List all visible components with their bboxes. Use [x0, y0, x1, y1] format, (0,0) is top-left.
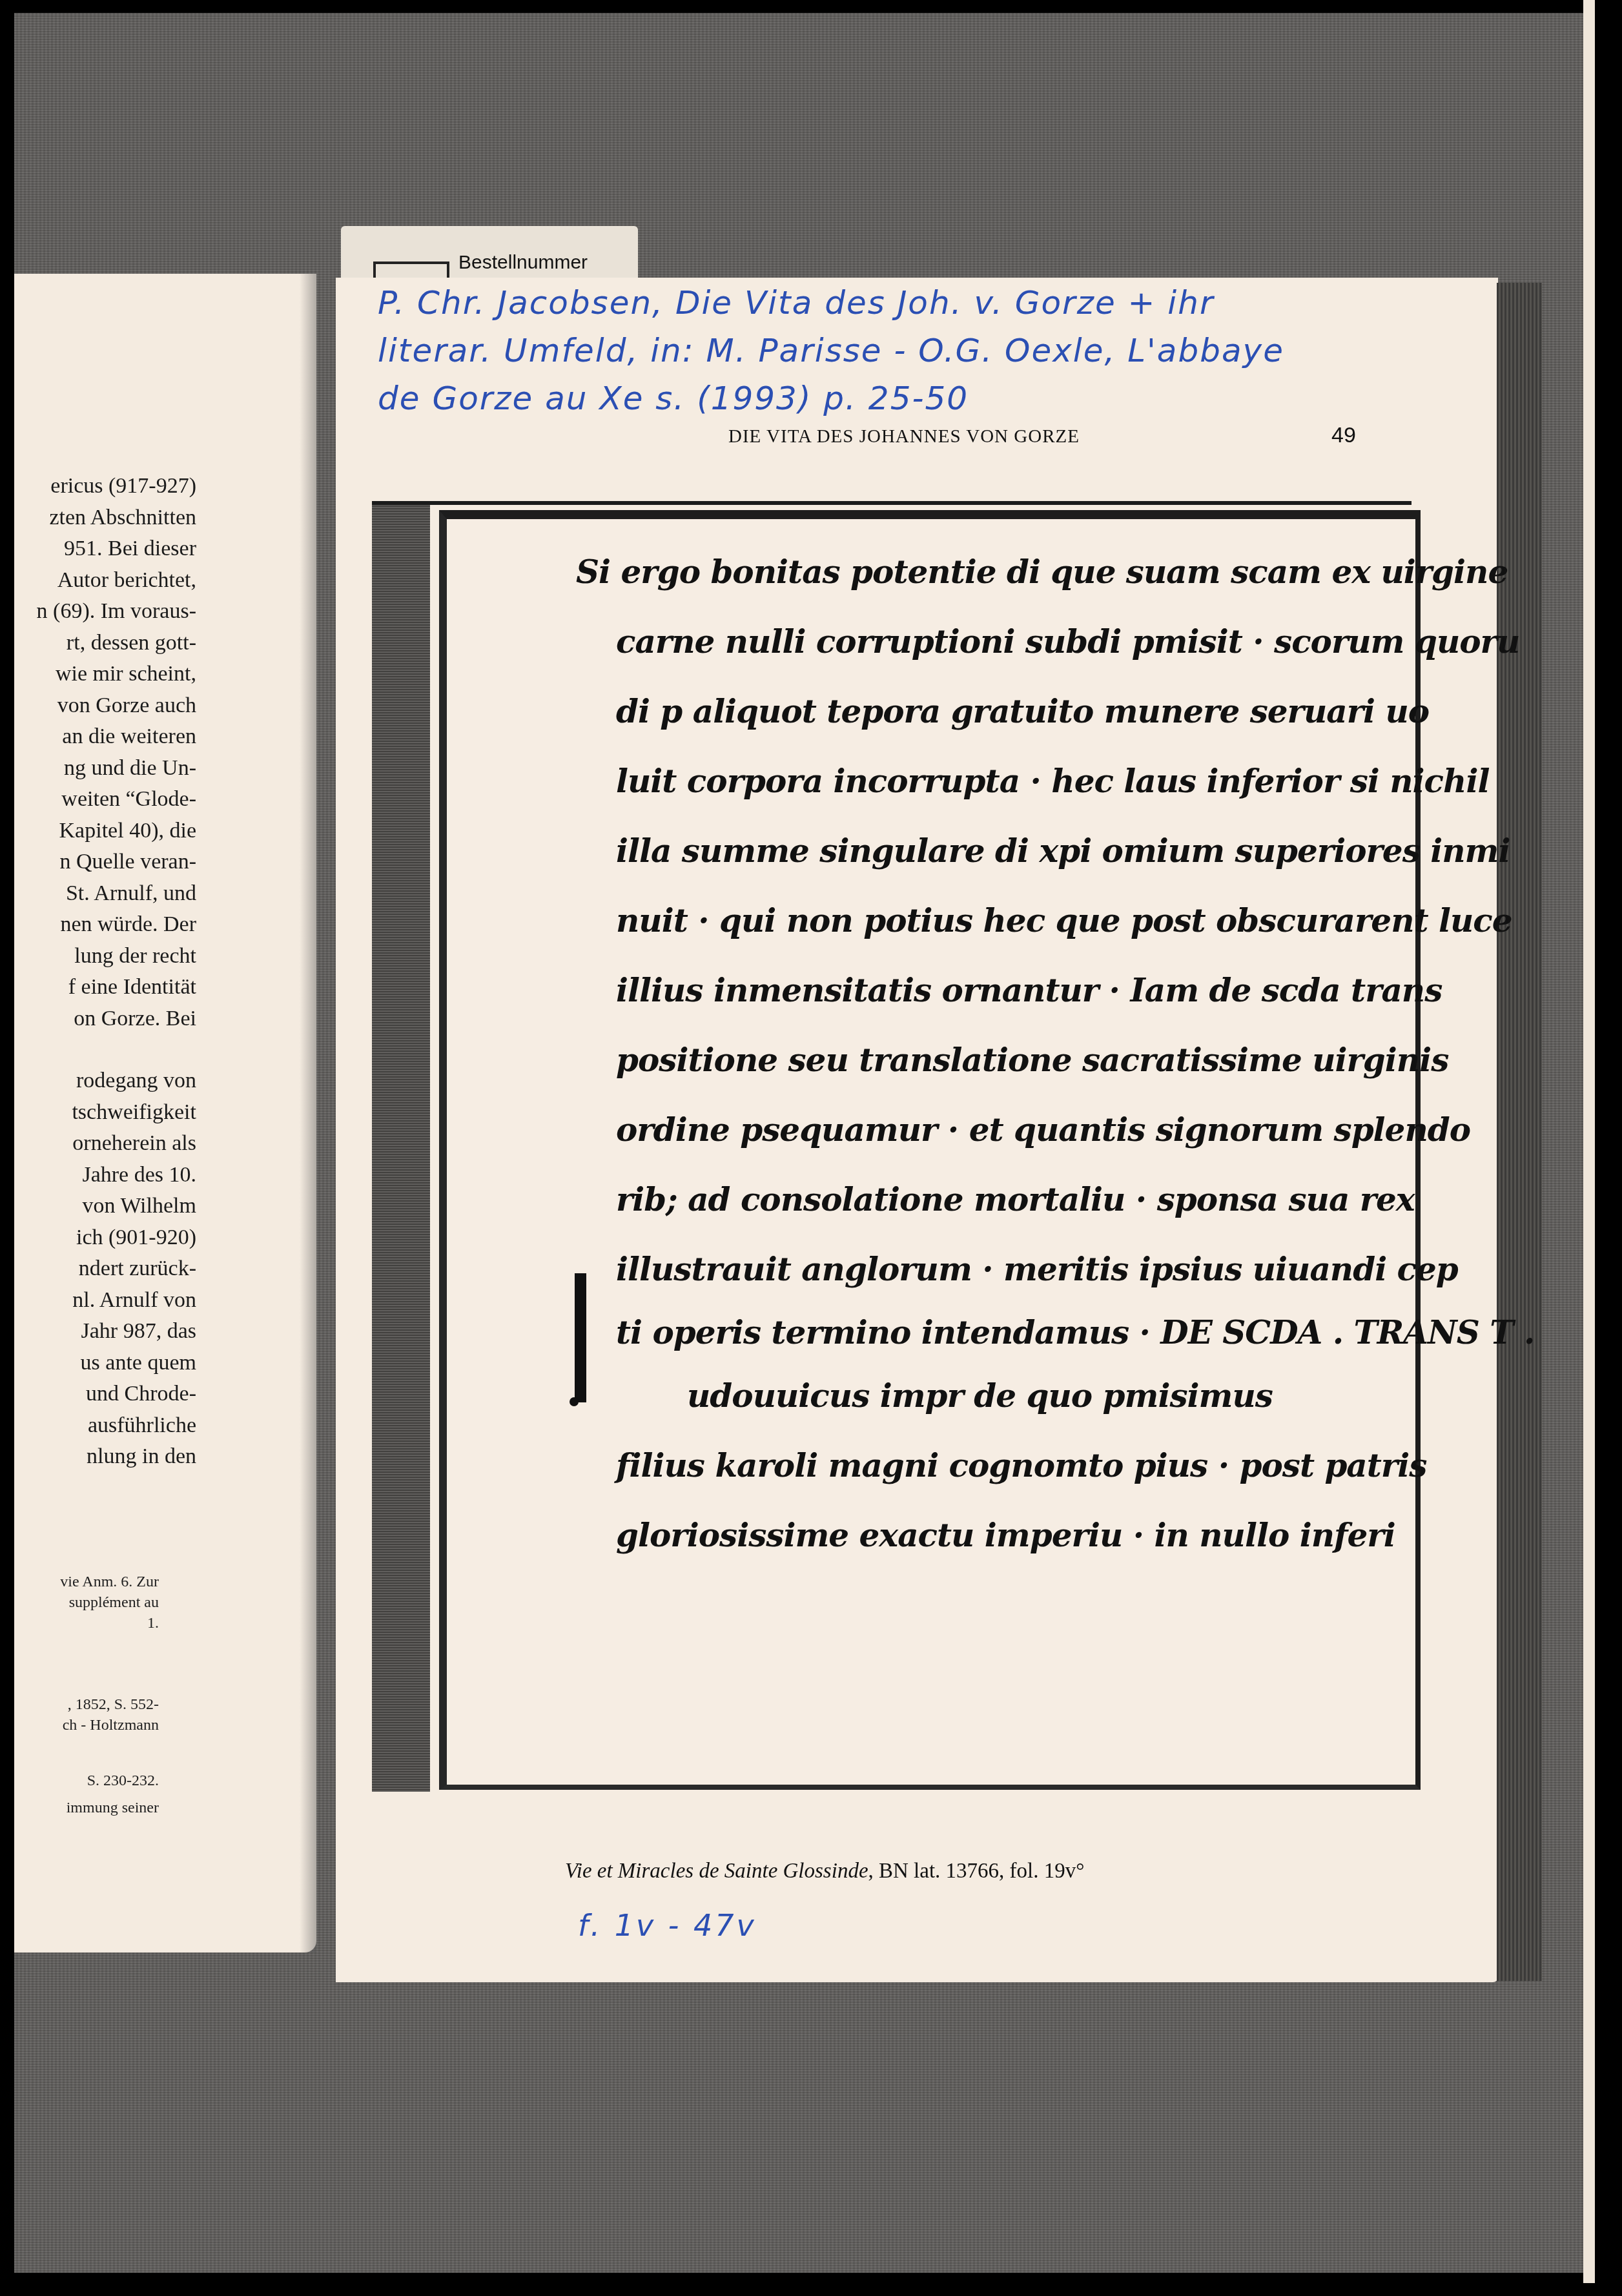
body-line: und Chrode-	[14, 1379, 196, 1410]
body-line: von Gorze auch	[14, 690, 196, 722]
manuscript-line: illa summe singulare di xpi omium superi…	[447, 832, 1585, 870]
caption-source: , BN lat. 13766, fol. 19v°	[868, 1860, 1085, 1883]
body-line: lung der recht	[14, 941, 196, 972]
body-line: nen würde. Der	[14, 909, 196, 941]
body-line: on Gorze. Bei	[14, 1003, 196, 1035]
left-page: ericus (917-927) zten Abschnitten 951. B…	[14, 274, 316, 1953]
body-line: Kapitel 40), die	[14, 815, 196, 847]
manuscript-line: udouuicus impr de quo pmisimus	[447, 1377, 1622, 1415]
body-line: us ante quem	[14, 1348, 196, 1379]
slip-label: Bestellnummer	[458, 252, 588, 274]
body-line: zten Abschnitten	[14, 502, 196, 534]
body-line: wie mir scheint,	[14, 659, 196, 690]
decorated-initial	[575, 1273, 586, 1402]
left-page-footnotes: vie Anm. 6. Zur supplément au 1. , 1852,…	[14, 1572, 159, 1818]
manuscript-line: carne nulli corruptioni subdi pmisit · s…	[447, 622, 1585, 661]
manuscript-line: luit corpora incorrupta · hec laus infer…	[447, 762, 1585, 800]
body-line: n Quelle veran-	[14, 846, 196, 878]
footnote-line: supplément au	[14, 1592, 159, 1613]
body-line: ausführliche	[14, 1410, 196, 1442]
manuscript-line: di p aliquot tepora gratuito munere seru…	[447, 692, 1585, 730]
body-line: rt, dessen gott-	[14, 628, 196, 659]
manuscript-line: illustrauit anglorum · meritis ipsius ui…	[447, 1250, 1585, 1288]
footnote-line: vie Anm. 6. Zur	[14, 1572, 159, 1592]
footnote-line: ch - Holtzmann	[14, 1715, 159, 1736]
handwritten-folio-range: f. 1v - 47v	[578, 1908, 757, 1943]
body-line: f eine Identität	[14, 972, 196, 1003]
manuscript-line: ti operis termino intendamus · DE SCDA .…	[447, 1313, 1585, 1351]
handwritten-citation: P. Chr. Jacobsen, Die Vita des Joh. v. G…	[378, 279, 1488, 422]
manuscript-line: filius karoli magni cognomto pius · post…	[447, 1446, 1585, 1484]
manuscript-line: rib; ad consolatione mortaliu · sponsa s…	[447, 1180, 1585, 1218]
manuscript-line: ordine psequamur · et quantis signorum s…	[447, 1111, 1585, 1149]
body-line: ericus (917-927)	[14, 471, 196, 502]
body-line: ng und die Un-	[14, 753, 196, 784]
body-line: orneherein als	[14, 1128, 196, 1160]
body-line: n (69). Im voraus-	[14, 596, 196, 628]
body-line: weiten “Glode-	[14, 784, 196, 815]
footnote-line: immung seiner	[14, 1798, 159, 1818]
body-line: von Wilhelm	[14, 1191, 196, 1222]
handwritten-line: literar. Umfeld, in: M. Parisse - O.G. O…	[378, 327, 1488, 374]
caption-title: Vie et Miracles de Sainte Glossinde	[565, 1860, 868, 1883]
left-page-body: ericus (917-927) zten Abschnitten 951. B…	[14, 471, 196, 1473]
manuscript-line: positione seu translatione sacratissime …	[447, 1041, 1585, 1079]
running-head: DIE VITA DES JOHANNES VON GORZE	[728, 426, 1080, 447]
handwritten-line: P. Chr. Jacobsen, Die Vita des Joh. v. G…	[378, 279, 1488, 327]
manuscript-line: Si ergo bonitas potentie di que suam sca…	[447, 553, 1545, 591]
footnote-line: , 1852, S. 552-	[14, 1694, 159, 1715]
page-number: 49	[1331, 423, 1356, 448]
initial-flourish	[570, 1397, 579, 1406]
body-line: 951. Bei dieser	[14, 533, 196, 565]
body-line: an die weiteren	[14, 721, 196, 753]
body-line: tschweifigkeit	[14, 1097, 196, 1129]
footnote-line: 1.	[14, 1613, 159, 1634]
handwritten-line: de Gorze au Xe s. (1993) p. 25-50	[378, 374, 1488, 422]
manuscript-line: gloriosissime exactu imperiu · in nullo …	[447, 1516, 1585, 1554]
manuscript-line: nuit · qui non potius hec que post obscu…	[447, 901, 1585, 939]
body-line: St. Arnulf, und	[14, 878, 196, 910]
body-line: ndert zurück-	[14, 1253, 196, 1285]
plate-border	[372, 501, 1412, 505]
body-line: nlung in den	[14, 1441, 196, 1473]
body-line: nl. Arnulf von	[14, 1285, 196, 1317]
paragraph-gap	[14, 1034, 196, 1065]
body-line: rodegang von	[14, 1065, 196, 1097]
body-line: Autor berichtet,	[14, 565, 196, 597]
body-line: ich (901-920)	[14, 1222, 196, 1254]
manuscript-plate: Si ergo bonitas potentie di que suam sca…	[439, 510, 1421, 1790]
footnote-line: S. 230-232.	[14, 1770, 159, 1791]
body-line: Jahre des 10.	[14, 1160, 196, 1191]
body-line: Jahr 987, das	[14, 1316, 196, 1348]
scan-edge-strip	[1583, 0, 1595, 2283]
manuscript-line: illius inmensitatis ornantur · Iam de sc…	[447, 971, 1585, 1009]
gutter-shadow	[300, 274, 316, 1953]
figure-caption: Vie et Miracles de Sainte Glossinde, BN …	[565, 1860, 1084, 1883]
plate-shadow	[372, 504, 430, 1792]
